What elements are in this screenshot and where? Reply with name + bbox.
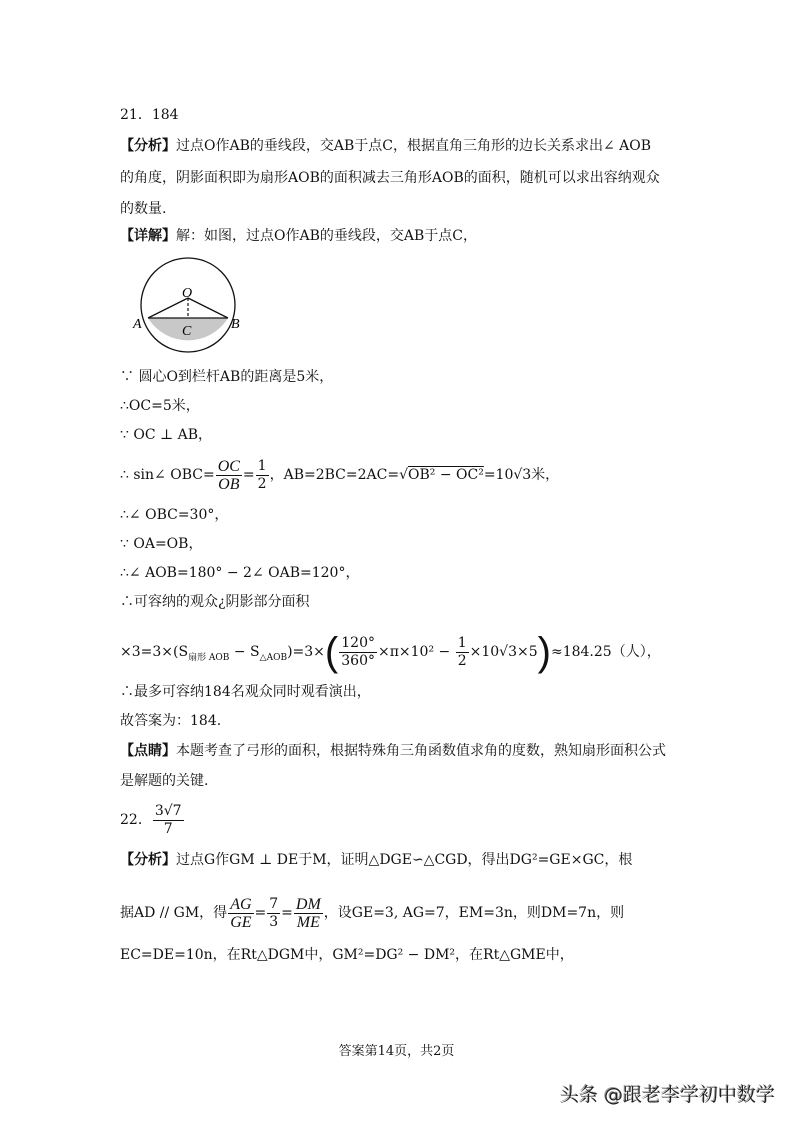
root-expr: OB² − OC² (408, 467, 484, 483)
frac-num: 1 (256, 458, 269, 476)
frac-num: DM (294, 896, 323, 914)
frac-num: AG (228, 896, 253, 914)
sin-pre: ∴ sin∠ OBC= (120, 467, 215, 483)
q22-number: 22． (120, 812, 152, 828)
comment-text: 本题考查了弓形的面积，根据特殊角三角函数值求角的度数，熟知扇形面积公式 (176, 743, 666, 759)
q22-analysis-line1: 【分析】过点G作GM ⊥ DE于M，证明△DGE∽△CGD，得出DG²=GE×G… (120, 850, 632, 870)
l2-post: ，设GE=3, AG=7，EM=3n，则DM=7n，则 (324, 905, 624, 921)
comment-line2: 是解题的关键. (120, 771, 208, 791)
question-21-heading: 21．184 (120, 105, 179, 125)
frac-num: OC (216, 458, 242, 476)
f-pre: ×3=3×(S (120, 644, 188, 660)
q22-analysis-line2: 据AD // GM，得AGGE=73=DMME，设GE=3, AG=7，EM=3… (120, 893, 624, 933)
step-6: ∴∠ AOB=180° − 2∠ OAB=120°， (120, 563, 359, 583)
l2-pre: 据AD // GM，得 (120, 905, 227, 921)
frac-num: 3√7 (153, 803, 184, 821)
q21-analysis-line1: 【分析】过点O作AB的垂线段，交AB于点C，根据直角三角形的边长关系求出∠ AO… (120, 136, 651, 156)
circle-diagram: O A B C (125, 252, 255, 357)
question-22-heading: 22．3√77 (120, 800, 185, 840)
answer-line: 故答案为：184. (120, 711, 221, 731)
analysis-tag: 【分析】 (120, 138, 176, 154)
analysis-text: 过点G作GM ⊥ DE于M，证明△DGE∽△CGD，得出DG²=GE×GC，根 (176, 852, 632, 868)
frac-den: 360° (339, 653, 377, 670)
step-7: ∴可容纳的观众¿阴影部分面积 (120, 592, 310, 612)
comment-tag: 【点睛】 (120, 743, 176, 759)
frac-den: OB (216, 476, 242, 493)
frac-num: 7 (267, 896, 280, 914)
f-sub2: △AOB (260, 653, 287, 663)
watermark: 头条 @跟老李学初中数学 (560, 1080, 775, 1107)
q21-analysis-line3: 的数量. (120, 199, 166, 219)
f-minus: − S (229, 644, 259, 660)
step-4: ∴∠ OBC=30°， (120, 505, 228, 525)
detail-text: 解：如图，过点O作AB的垂线段，交AB于点C， (176, 228, 477, 244)
step-2: ∴OC=5米， (120, 396, 200, 416)
analysis-text: 过点O作AB的垂线段，交AB于点C，根据直角三角形的边长关系求出∠ AOB (176, 138, 651, 154)
frac-den: 3 (267, 914, 280, 931)
frac-den: ME (294, 914, 323, 931)
f-mid2: ×π×10² − (378, 644, 455, 660)
eq: = (243, 467, 255, 483)
step-3: ∵ OC ⊥ AB， (120, 425, 212, 445)
area-formula: ×3=3×(S扇形 AOB − S△AOB)=3×(120°360°×π×10²… (120, 630, 661, 680)
step-5: ∵ OA=OB， (120, 534, 202, 554)
q21-detail-line1: 【详解】解：如图，过点O作AB的垂线段，交AB于点C， (120, 226, 477, 246)
svg-text:O: O (182, 286, 192, 301)
frac-num: 120° (339, 635, 377, 653)
frac-den: 2 (256, 476, 269, 493)
frac-den: 2 (456, 653, 469, 670)
f-mid3: ×10√3×5 (470, 644, 538, 660)
frac-den: 7 (153, 821, 184, 838)
frac-num: 1 (456, 635, 469, 653)
f-mid: )=3× (287, 644, 325, 660)
svg-text:C: C (182, 324, 192, 339)
q21-analysis-line2: 的角度，阴影面积即为扇形AOB的面积减去三角形AOB的面积，随机可以求出容纳观众 (120, 168, 660, 188)
analysis-tag: 【分析】 (120, 852, 176, 868)
sin-equation: ∴ sin∠ OBC=OCOB=12，AB=2BC=2AC=√OB² − OC²… (120, 455, 559, 495)
frac-den: GE (228, 914, 253, 931)
detail-tag: 【详解】 (120, 228, 176, 244)
q22-analysis-line3: EC=DE=10n，在Rt△DGM中，GM²=DG² − DM²，在Rt△GME… (120, 945, 574, 965)
sin-post1: ，AB=2BC=2AC= (270, 467, 400, 483)
f-post: ≈184.25（人）， (551, 644, 661, 660)
comment-line1: 【点睛】本题考查了弓形的面积，根据特殊角三角函数值求角的度数，熟知扇形面积公式 (120, 741, 666, 761)
sin-post2: =10√3米， (484, 467, 559, 483)
step-1: ∵ 圆心O到栏杆AB的距离是5米， (120, 367, 333, 387)
conclusion: ∴最多可容纳184名观众同时观看演出， (120, 682, 371, 702)
f-sub1: 扇形 AOB (188, 653, 229, 663)
svg-text:A: A (132, 317, 142, 332)
svg-text:B: B (231, 317, 240, 332)
page-footer: 答案第14页，共2页 (0, 1040, 793, 1059)
